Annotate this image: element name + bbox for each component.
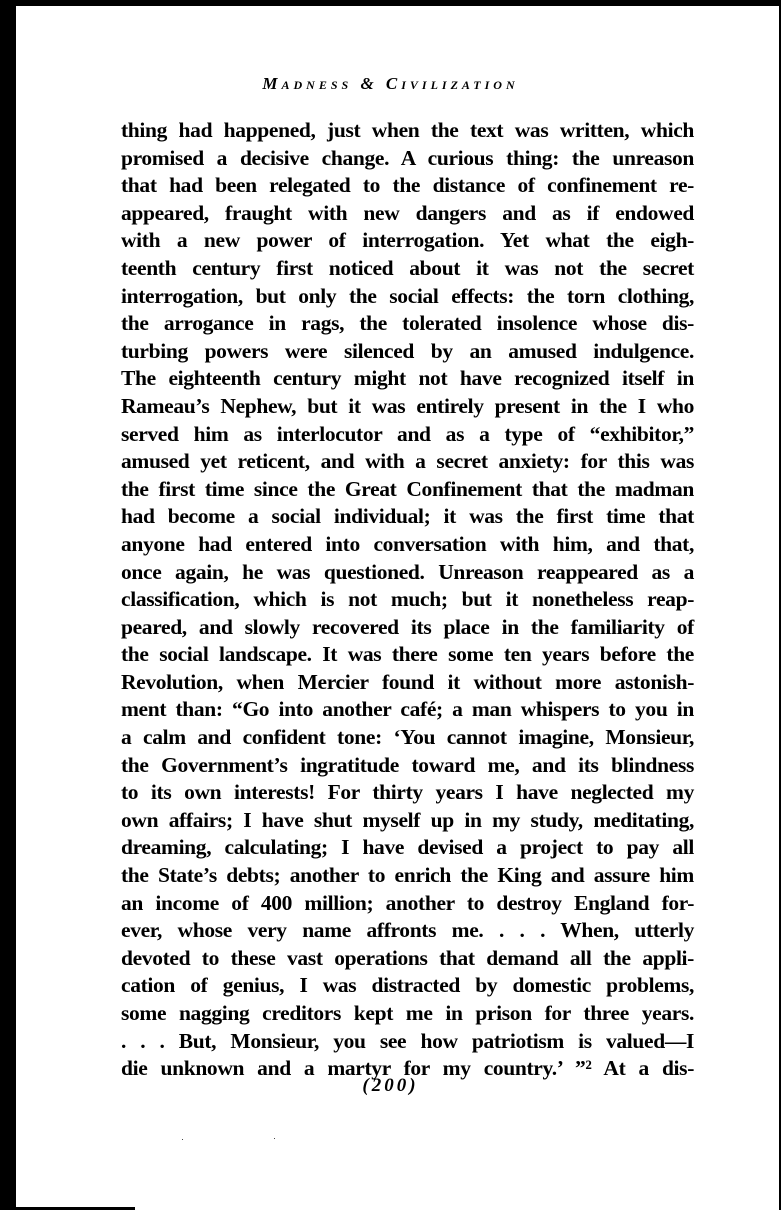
text-line: with a new power of interrogation. Yet w… xyxy=(121,227,694,255)
text-line: amused yet reticent, and with a secret a… xyxy=(121,448,694,476)
text-line: devoted to these vast operations that de… xyxy=(121,945,694,973)
text-line: The eighteenth century might not have re… xyxy=(121,365,694,393)
running-head: Madness & Civilization xyxy=(0,74,781,94)
text-line: ever, whose very name affronts me. . . .… xyxy=(121,917,694,945)
text-line: to its own interests! For thirty years I… xyxy=(121,779,694,807)
body-text: thing had happened, just when the text w… xyxy=(121,117,694,1083)
text-line: thing had happened, just when the text w… xyxy=(121,117,694,145)
text-line: some nagging creditors kept me in prison… xyxy=(121,1000,694,1028)
scan-border-top xyxy=(0,0,781,6)
text-line: Revolution, when Mercier found it withou… xyxy=(121,669,694,697)
text-line: own affairs; I have shut myself up in my… xyxy=(121,807,694,835)
text-line: served him as interlocutor and as a type… xyxy=(121,421,694,449)
text-line: had become a social individual; it was t… xyxy=(121,503,694,531)
text-line: the arrogance in rags, the tolerated ins… xyxy=(121,310,694,338)
text-line: interrogation, but only the social effec… xyxy=(121,283,694,311)
scan-speck xyxy=(274,1138,275,1139)
text-line: the Government’s ingratitude toward me, … xyxy=(121,752,694,780)
text-line: anyone had entered into conversation wit… xyxy=(121,531,694,559)
text-line: ment than: “Go into another café; a man … xyxy=(121,696,694,724)
text-line: peared, and slowly recovered its place i… xyxy=(121,614,694,642)
text-line: . . . But, Monsieur, you see how patriot… xyxy=(121,1028,694,1056)
text-line: that had been relegated to the distance … xyxy=(121,172,694,200)
text-line: turbing powers were silenced by an amuse… xyxy=(121,338,694,366)
text-line: the first time since the Great Confineme… xyxy=(121,476,694,504)
text-line: appeared, fraught with new dangers and a… xyxy=(121,200,694,228)
text-line: the social landscape. It was there some … xyxy=(121,641,694,669)
text-line: dreaming, calculating; I have devised a … xyxy=(121,834,694,862)
text-line: a calm and confident tone: ‘You cannot i… xyxy=(121,724,694,752)
text-line: Rameau’s Nephew, but it was entirely pre… xyxy=(121,393,694,421)
scan-speck xyxy=(182,1139,183,1140)
text-line: the State’s debts; another to enrich the… xyxy=(121,862,694,890)
text-line: cation of genius, I was distracted by do… xyxy=(121,972,694,1000)
text-line: classification, which is not much; but i… xyxy=(121,586,694,614)
scan-border-left xyxy=(0,0,16,1210)
text-line: promised a decisive change. A curious th… xyxy=(121,145,694,173)
text-line: an income of 400 million; another to des… xyxy=(121,890,694,918)
text-line: teenth century first noticed about it wa… xyxy=(121,255,694,283)
page-number: (200) xyxy=(0,1075,781,1097)
text-line: once again, he was questioned. Unreason … xyxy=(121,559,694,587)
